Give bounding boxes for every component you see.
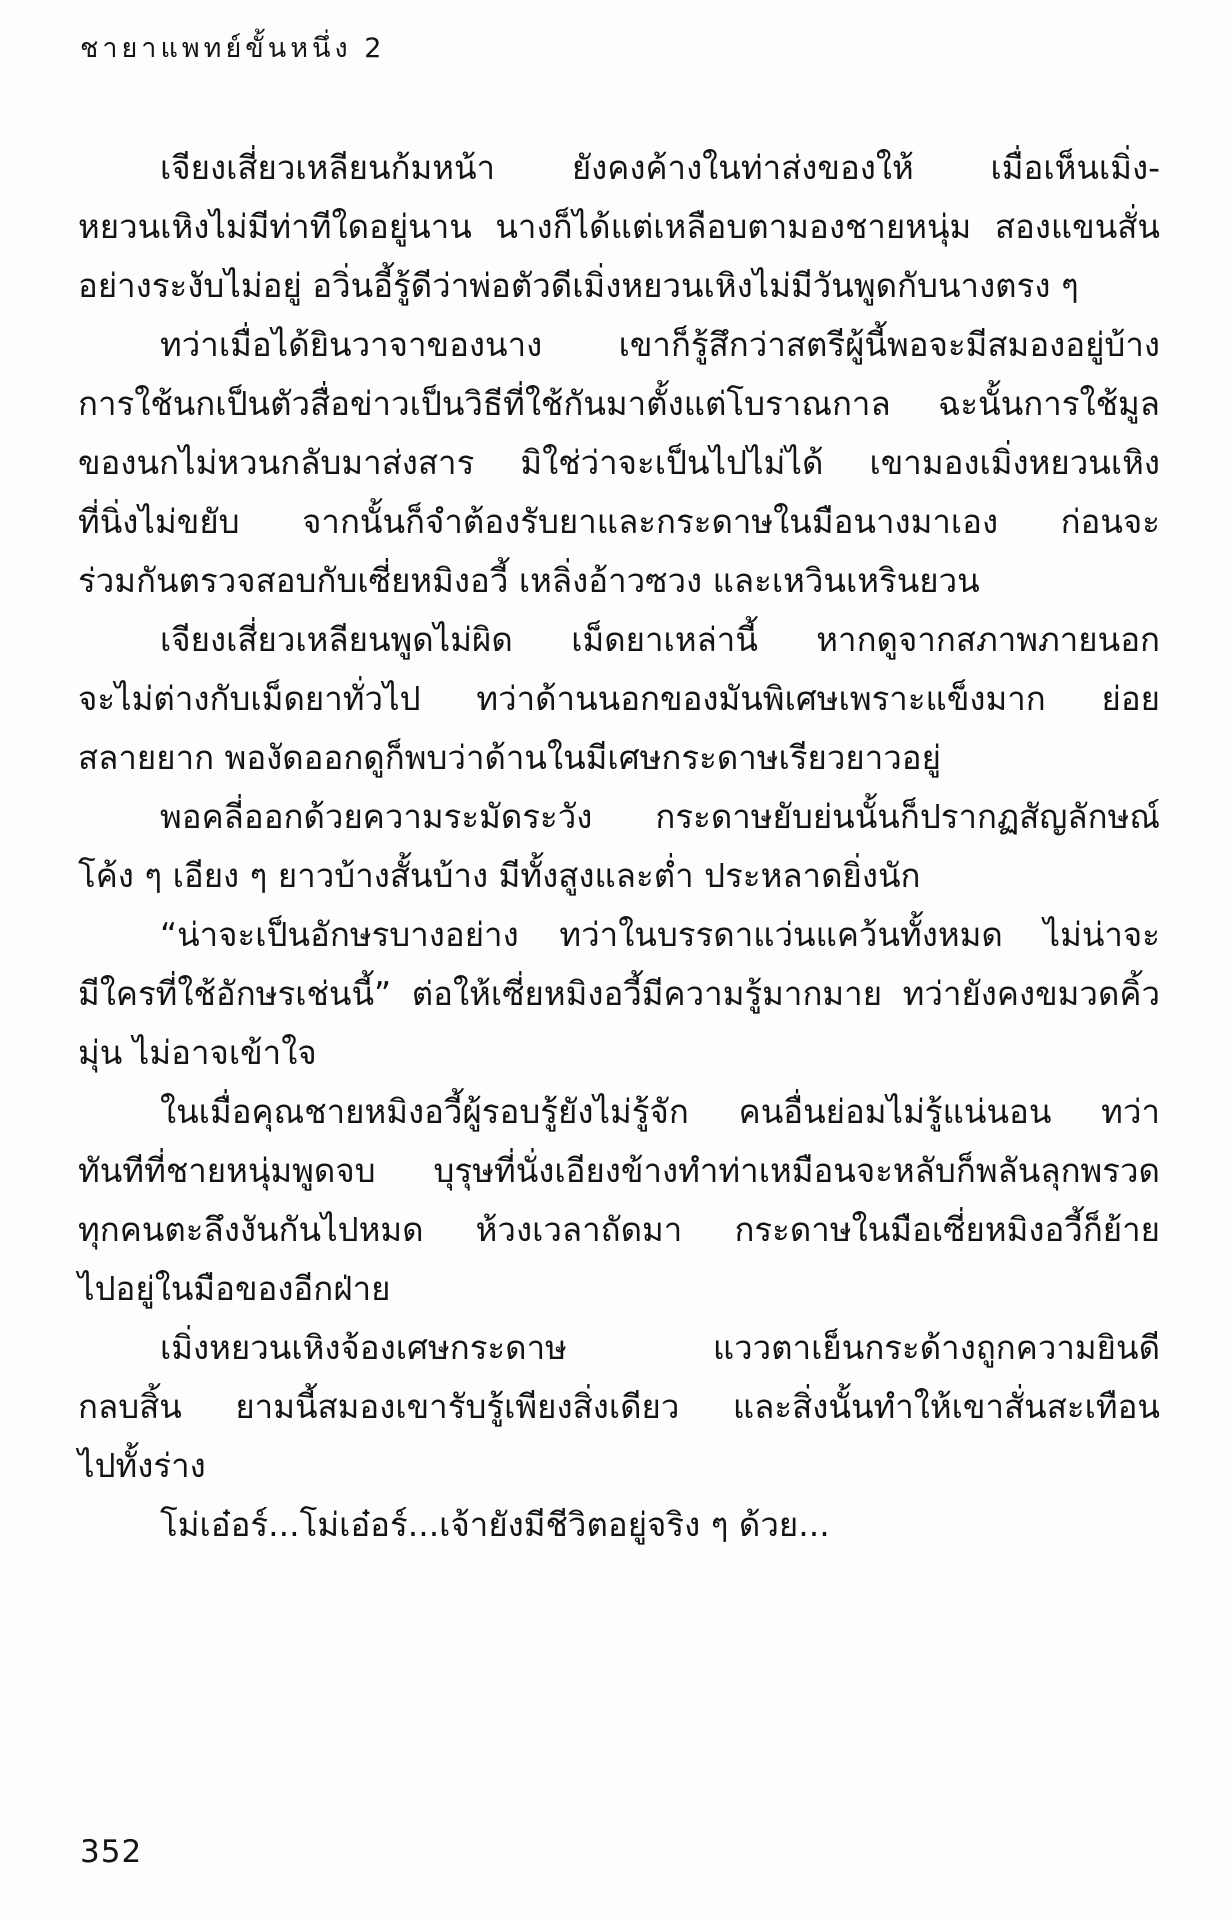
text-line: ร่วมกันตรวจสอบกับเซี่ยหมิงอวี้ เหลิ่งอ้า… [78,551,1160,610]
text-line: โค้ง ๆ เอียง ๆ ยาวบ้างสั้นบ้าง มีทั้งสูง… [78,846,1160,905]
paragraph: พอคลี่ออกด้วยความระมัดระวัง กระดาษยับย่น… [78,787,1160,905]
paragraph: โม่เอ๋อร์...โม่เอ๋อร์...เจ้ายังมีชีวิตอย… [78,1495,1160,1554]
text-line: หยวนเหิงไม่มีท่าทีใดอยู่นาน นางก็ได้แต่เ… [78,197,1160,256]
text-line: กลบสิ้น ยามนี้สมองเขารับรู้เพียงสิ่งเดีย… [78,1377,1160,1436]
text-line: จะไม่ต่างกับเม็ดยาทั่วไป ทว่าด้านนอกของม… [78,669,1160,728]
book-page: ชายาแพทย์ขั้นหนึ่ง 2 เจียงเสี่ยวเหลียนก้… [0,0,1231,1920]
text-line: มีใครที่ใช้อักษรเช่นนี้” ต่อให้เซี่ยหมิง… [78,964,1160,1023]
text-line: ทุกคนตะลึงงันกันไปหมด ห้วงเวลาถัดมา กระด… [78,1200,1160,1259]
text-line: พอคลี่ออกด้วยความระมัดระวัง กระดาษยับย่น… [78,787,1160,846]
text-line: มุ่น ไม่อาจเข้าใจ [78,1023,1160,1082]
text-line: โม่เอ๋อร์...โม่เอ๋อร์...เจ้ายังมีชีวิตอย… [78,1495,1160,1554]
text-line: ทว่าเมื่อได้ยินวาจาของนาง เขาก็รู้สึกว่า… [78,315,1160,374]
running-header-title: ชายาแพทย์ขั้นหนึ่ง 2 [80,26,385,69]
paragraph: ในเมื่อคุณชายหมิงอวี้ผู้รอบรู้ยังไม่รู้จ… [78,1082,1160,1318]
paragraph: เจียงเสี่ยวเหลียนพูดไม่ผิด เม็ดยาเหล่านี… [78,610,1160,787]
text-line: ไปทั้งร่าง [78,1436,1160,1495]
body-text: เจียงเสี่ยวเหลียนก้มหน้า ยังคงค้างในท่าส… [78,138,1160,1554]
text-line: เมิ่งหยวนเหิงจ้องเศษกระดาษ แววตาเย็นกระด… [78,1318,1160,1377]
text-line: ทันทีที่ชายหนุ่มพูดจบ บุรุษที่นั่งเอียงข… [78,1141,1160,1200]
text-line: ที่นิ่งไม่ขยับ จากนั้นก็จำต้องรับยาและกร… [78,492,1160,551]
paragraph: เจียงเสี่ยวเหลียนก้มหน้า ยังคงค้างในท่าส… [78,138,1160,315]
text-line: อย่างระงับไม่อยู่ อวิ่นอี้รู้ดีว่าพ่อตัว… [78,256,1160,315]
paragraph: “น่าจะเป็นอักษรบางอย่าง ทว่าในบรรดาแว่นแ… [78,905,1160,1082]
text-line: ไปอยู่ในมือของอีกฝ่าย [78,1259,1160,1318]
text-line: “น่าจะเป็นอักษรบางอย่าง ทว่าในบรรดาแว่นแ… [78,905,1160,964]
paragraph: ทว่าเมื่อได้ยินวาจาของนาง เขาก็รู้สึกว่า… [78,315,1160,610]
text-line: เจียงเสี่ยวเหลียนพูดไม่ผิด เม็ดยาเหล่านี… [78,610,1160,669]
text-line: ในเมื่อคุณชายหมิงอวี้ผู้รอบรู้ยังไม่รู้จ… [78,1082,1160,1141]
text-line: เจียงเสี่ยวเหลียนก้มหน้า ยังคงค้างในท่าส… [78,138,1160,197]
text-line: ของนกไม่หวนกลับมาส่งสาร มิใช่ว่าจะเป็นไป… [78,433,1160,492]
paragraph: เมิ่งหยวนเหิงจ้องเศษกระดาษ แววตาเย็นกระด… [78,1318,1160,1495]
text-line: สลายยาก พองัดออกดูก็พบว่าด้านในมีเศษกระด… [78,728,1160,787]
page-number: 352 [80,1834,142,1870]
text-line: การใช้นกเป็นตัวสื่อข่าวเป็นวิธีที่ใช้กัน… [78,374,1160,433]
